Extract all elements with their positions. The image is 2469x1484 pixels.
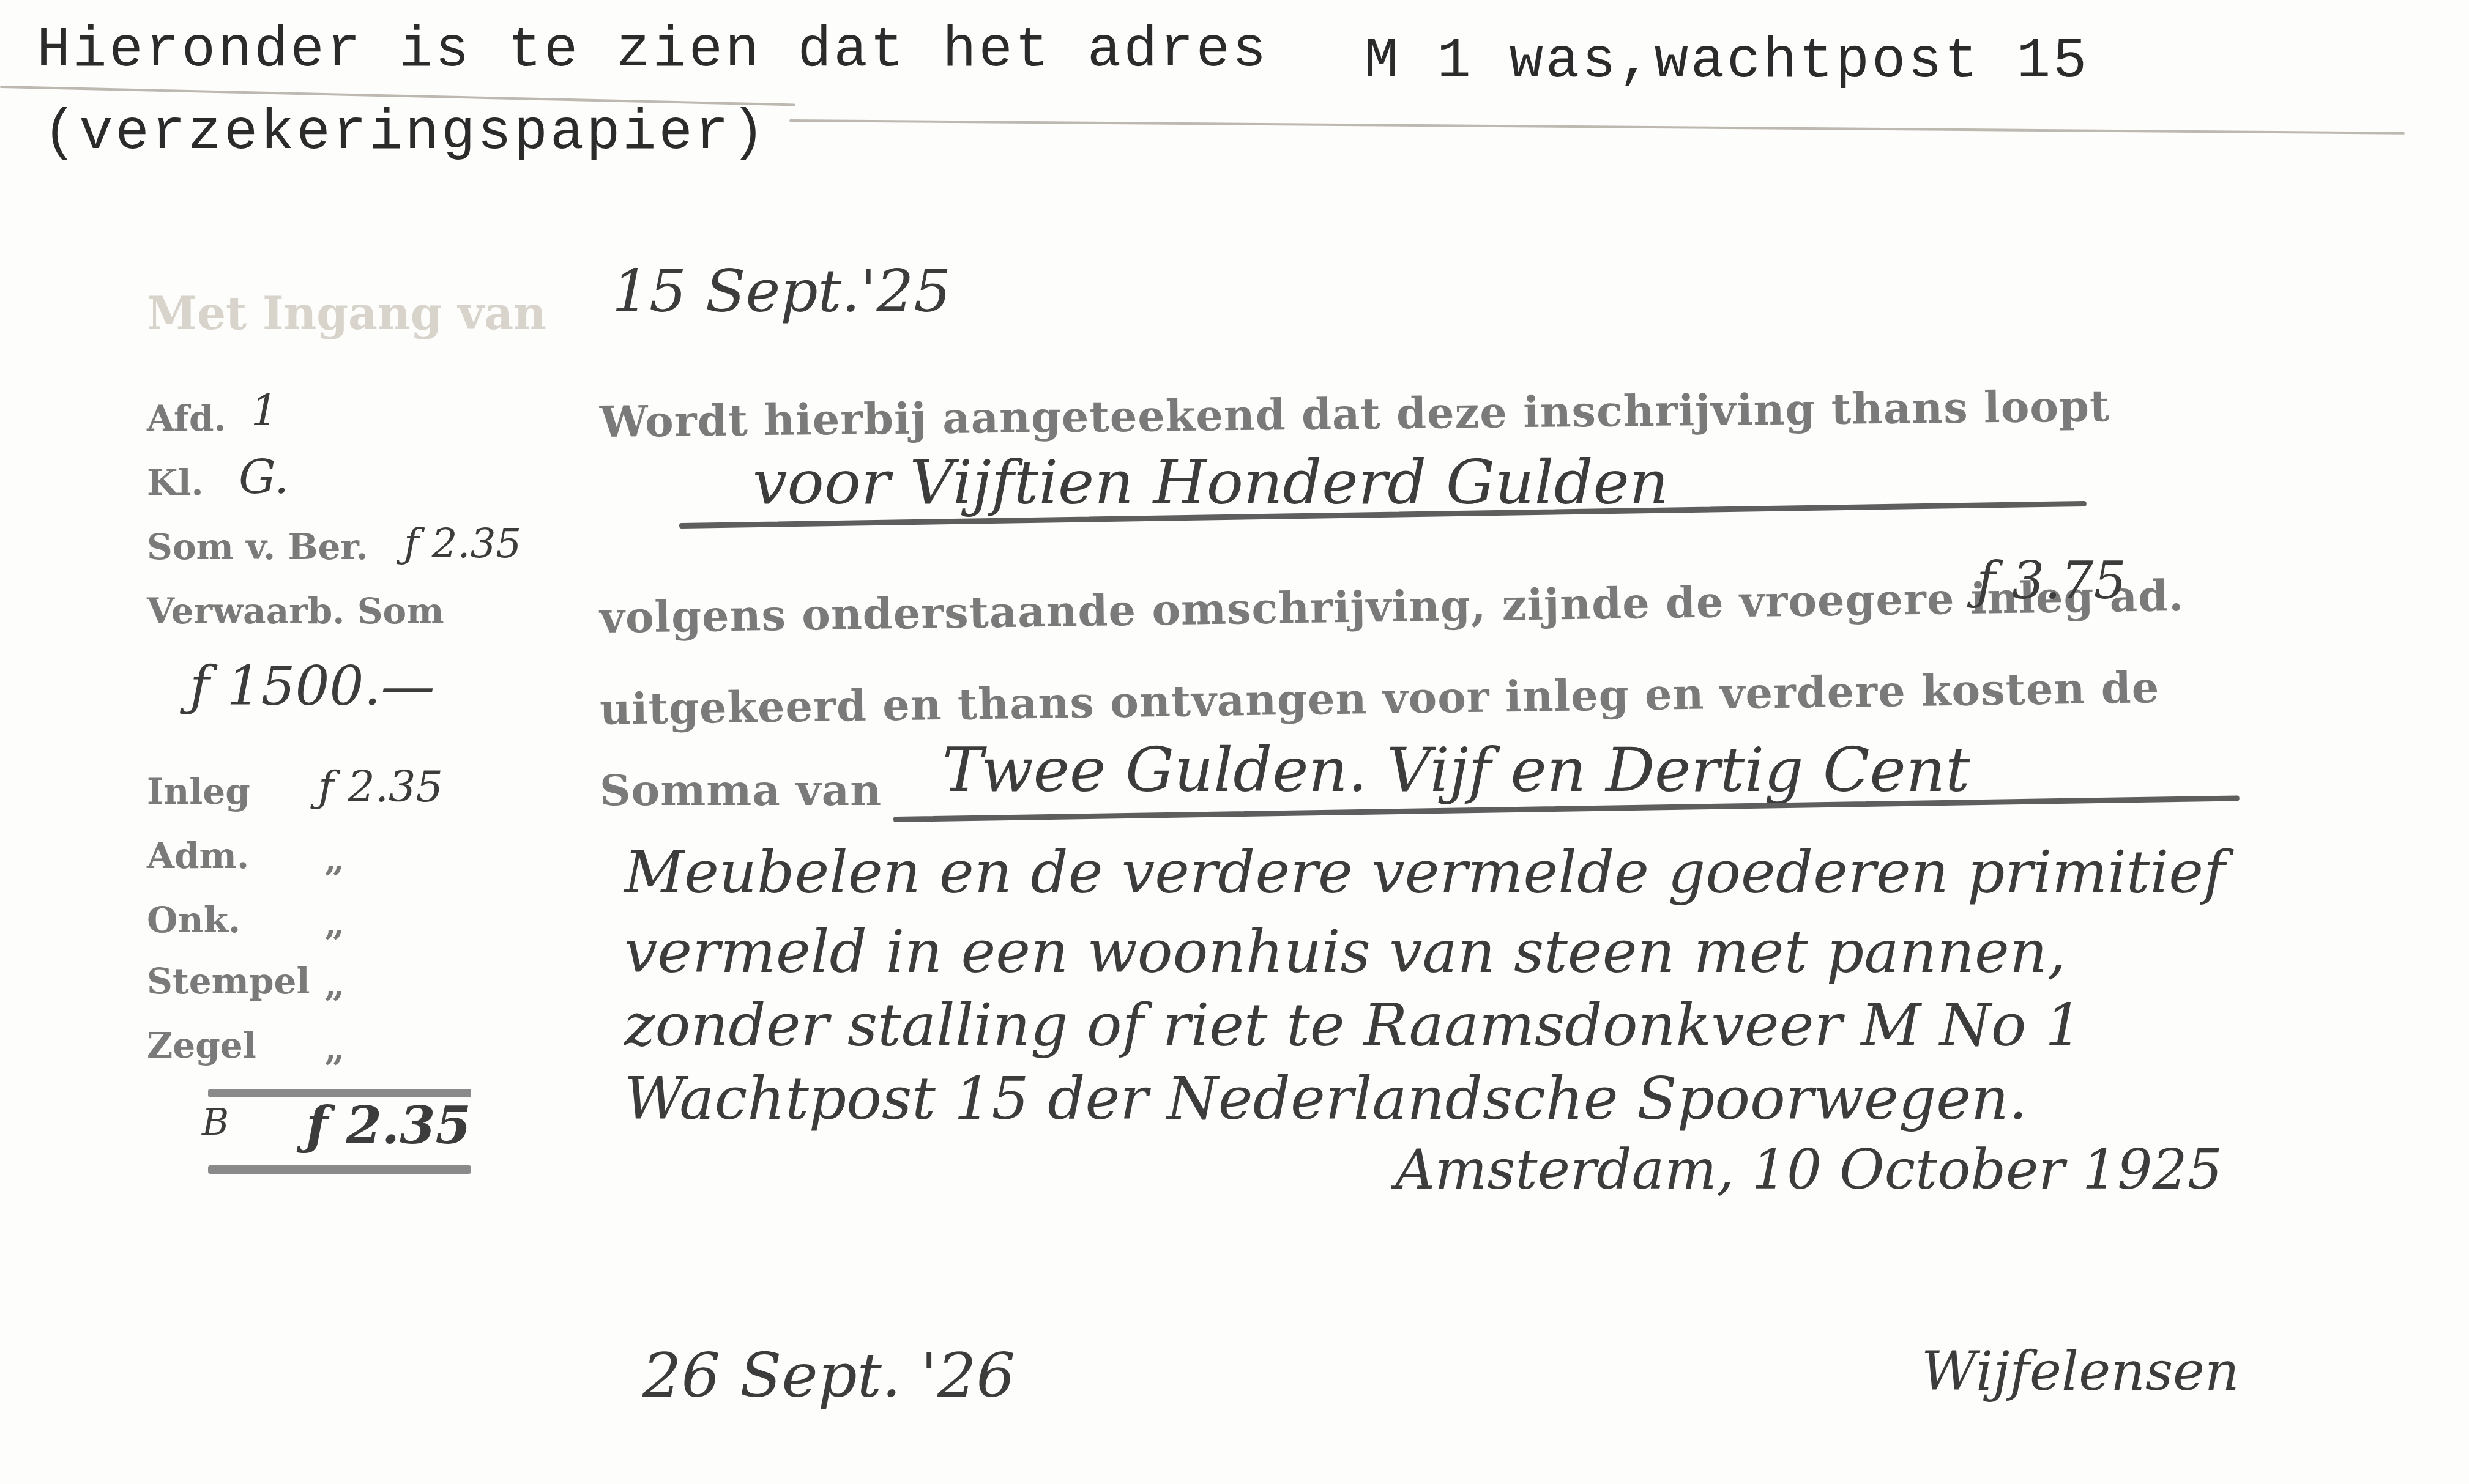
- header-date: 15 Sept.'25: [612, 257, 951, 325]
- field-label-zegel: Zegel: [147, 1025, 256, 1066]
- field-label-afd: Afd.: [147, 398, 226, 439]
- field-value-adm: „: [324, 838, 344, 880]
- description-line-4: Wachtpost 15 der Nederlandsche Spoorwege…: [624, 1064, 2027, 1133]
- caption-line-1-right: M 1 was,wachtpost 15: [1365, 29, 2089, 94]
- description-line-2: vermeld in een woonhuis van steen met pa…: [624, 918, 2066, 986]
- description-line-1: Meubelen en de verdere vermelde goederen…: [624, 838, 2225, 907]
- total-rule-bottom: [208, 1165, 471, 1174]
- handwritten-somma-words: Twee Gulden. Vijf en Dertig Cent: [942, 734, 1970, 806]
- printed-line-5: Somma van: [600, 765, 882, 815]
- handwritten-amount-words: voor Vijftien Honderd Gulden: [753, 447, 1669, 518]
- insurance-document: Met Ingang van 15 Sept.'25 Afd. 1 Kl. G.…: [61, 220, 2405, 1468]
- field-label-adm: Adm.: [147, 835, 249, 877]
- signature: Wijfelensen: [1921, 1340, 2240, 1403]
- paper-edge: [789, 119, 2405, 135]
- caption-line-1: Hieronder is te zien dat het adres: [37, 18, 1268, 83]
- field-value-verwaarb-som: ƒ 1500.—: [190, 655, 434, 718]
- field-value-onk: „: [324, 902, 344, 944]
- printed-line-4: uitgekeerd en thans ontvangen voor inleg…: [600, 662, 2160, 735]
- field-value-kl: G.: [239, 450, 289, 504]
- field-value-zegel: „: [324, 1028, 344, 1069]
- field-label-inleg: Inleg: [147, 771, 250, 812]
- field-value-som-v-ber: ƒ 2.35: [404, 520, 521, 567]
- field-value-inleg: ƒ 2.35: [318, 762, 443, 812]
- field-value-afd: 1: [251, 385, 278, 436]
- bottom-date: 26 Sept. '26: [642, 1340, 1015, 1411]
- field-label-som-v-ber: Som v. Ber.: [147, 526, 368, 568]
- field-label-onk: Onk.: [147, 899, 240, 941]
- printed-line-1: Wordt hierbij aangeteekend dat deze insc…: [600, 380, 2110, 447]
- caption-line-2: (verzekeringspapier): [43, 101, 767, 165]
- description-line-3: zonder stalling of riet te Raamsdonkveer…: [624, 991, 2082, 1059]
- printed-line-3: volgens onderstaande omschrijving, zijnd…: [600, 570, 2184, 643]
- field-label-kl: Kl.: [147, 462, 204, 503]
- field-label-verwaarb-som: Verwaarb. Som: [147, 590, 444, 632]
- place-date: Amsterdam, 10 October 1925: [1395, 1138, 2222, 1202]
- handwritten-previous-inleg: ƒ 3.75: [1976, 551, 2126, 610]
- field-label-stempel: Stempel: [147, 960, 310, 1002]
- total-amount: ƒ 2.35: [306, 1095, 471, 1156]
- total-prefix: B: [202, 1101, 229, 1144]
- field-value-stempel: „: [324, 963, 344, 1005]
- header-faded-text: Met Ingang van: [147, 288, 546, 340]
